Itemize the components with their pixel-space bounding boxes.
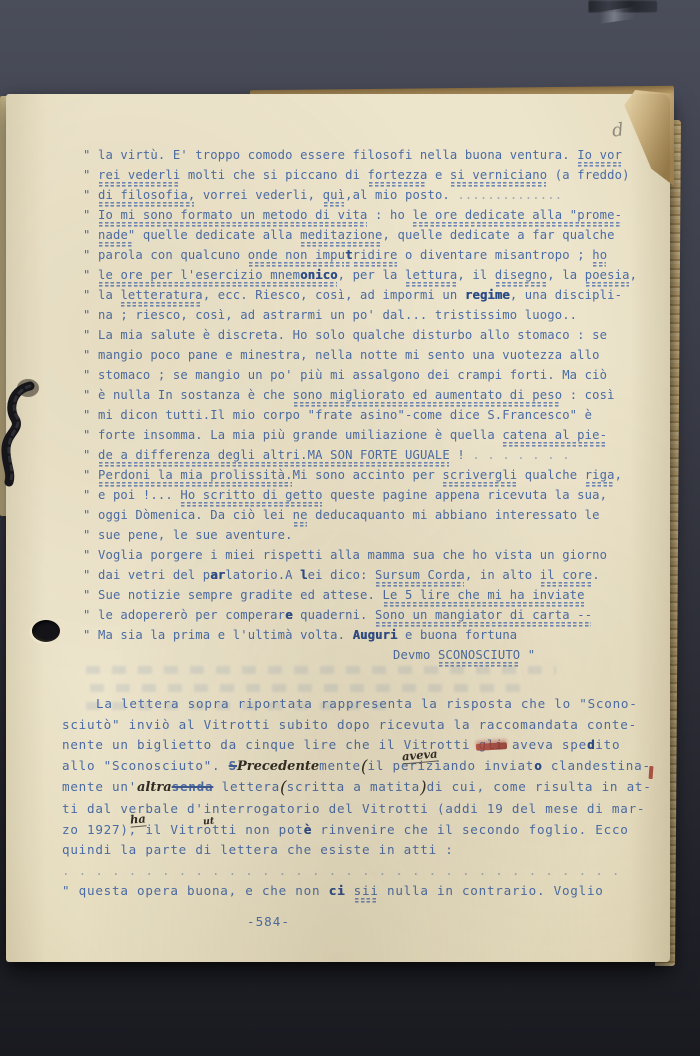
text-segment: " (83, 468, 98, 482)
text-segment: ne (293, 508, 308, 522)
text-segment: e buona fortuna (398, 628, 518, 642)
text-line: " Io mi sono formato un metodo di vita :… (83, 205, 637, 225)
text-segment: , per la (338, 268, 405, 282)
page-number: -584- (247, 914, 290, 929)
text-line: " nade" quelle dedicate alla meditazione… (83, 225, 637, 245)
text-segment: Sursum Corda (375, 568, 465, 582)
text-segment: di filosofia, (98, 188, 195, 202)
text-line: ti dal verbale d'interrogatorio del Vitr… (62, 799, 652, 820)
text-line: " le adopererò per comperare quaderni. S… (83, 605, 637, 625)
text-segment: " (83, 448, 98, 462)
text-segment: di cui, come risulta in at- (427, 779, 652, 794)
text-segment: , una discipli- (510, 288, 622, 302)
text-segment: vorrei vederli, (195, 188, 322, 202)
text-segment: " Voglia porgere i miei rispetti alla ma… (83, 548, 607, 562)
text-segment: Devmo (393, 648, 438, 662)
text-line: " Ma sia la prima e l'ultimà volta. Augu… (83, 625, 637, 645)
text-line: " e poi !... Ho scritto di getto queste … (83, 485, 637, 505)
text-line: " la virtù. E' troppo comodo essere filo… (83, 145, 637, 165)
text-segment: " mi dicon tutti.Il mio corpo "frate asi… (83, 408, 592, 422)
text-segment: " (83, 188, 98, 202)
text-segment: deducaquanto mi abbiano interessato le (308, 508, 600, 522)
text-segment: " mangio poco pane e minestra, nella not… (83, 348, 600, 362)
text-segment: onico (300, 268, 337, 282)
text-line: " de a differenza degli altri.MA SON FOR… (83, 445, 637, 465)
text-segment: sono migliorato ed aumentato di peso (293, 388, 563, 402)
text-segment: riga (585, 468, 615, 482)
text-segment: " le adopererò per comperar (83, 608, 285, 622)
text-segment: le ore dedicate alla "prome- (412, 208, 622, 222)
text-segment: altra (137, 780, 172, 795)
text-line: " dai vetri del parlatorio.A lei dico: S… (83, 565, 637, 585)
text-line: zo 1927), il Vitrotti non potè rinvenire… (62, 820, 652, 841)
bleedthrough-text (86, 666, 556, 674)
text-segment: de a differenza degli altri.MA SON FORTE… (98, 448, 450, 462)
text-segment: Perdoni la mia prolissità. (98, 468, 293, 482)
text-segment: " forte insomma. La mia più grande umili… (83, 428, 502, 442)
text-segment: gli (479, 737, 504, 752)
text-segment: Le 5 lire che mi ha inviate (383, 588, 585, 602)
text-segment: La lettera sopra riportata rappresenta l… (96, 696, 638, 711)
photo-background: " la virtù. E' troppo comodo essere filo… (0, 0, 700, 1056)
text-line: Devmo SCONOSCIUTO " (83, 645, 637, 665)
text-segment: il core (540, 568, 592, 582)
text-segment: , il (457, 268, 494, 282)
text-segment: nulla in contrario. Voglio (379, 883, 604, 898)
text-segment: le ore per l'esercizio mnem (98, 268, 300, 282)
text-segment: regime (465, 288, 510, 302)
text-segment: senda (172, 779, 214, 794)
text-line: allo "Sconosciuto". SPrecedentemente(il … (62, 756, 652, 778)
text-segment: " questa opera buona, e che non (62, 883, 329, 898)
text-segment: mente (319, 758, 361, 773)
text-segment: " na ; riesco, così, ad astrarmi un po' … (83, 308, 577, 322)
text-segment: clandestina- (542, 758, 650, 773)
text-segment: l (300, 568, 308, 582)
text-segment: e (427, 168, 449, 182)
text-segment: Auguri (353, 628, 398, 642)
text-line: " La mia salute è discreta. Ho solo qual… (83, 325, 637, 345)
text-segment: " Ma sia la prima e l'ultimà volta. (83, 628, 353, 642)
text-segment: " (520, 648, 535, 662)
text-segment: onde non impu (248, 248, 345, 262)
bleedthrough-text (90, 684, 520, 692)
text-segment: ( (280, 778, 287, 798)
text-segment: o diventare misantropo ; (398, 248, 593, 262)
text-segment: quì (323, 188, 345, 202)
text-segment: ito (595, 737, 620, 752)
text-segment: " parola con qualcuno (83, 248, 248, 262)
text-line: quindi la parte di lettera che esiste in… (62, 840, 652, 861)
text-segment: . . . . . . . (472, 448, 569, 462)
text-segment: il periziando inviat (367, 758, 534, 773)
handwritten-annotation: ut (203, 816, 215, 828)
text-segment: allo "Sconosciuto". (62, 758, 229, 773)
text-segment: : ho (368, 208, 413, 222)
text-line: " Perdoni la mia prolissità.Mi sono acci… (83, 465, 637, 485)
text-segment: latorio.A (225, 568, 300, 582)
text-line: mente un'altrasenda lettera(scritta a ma… (62, 777, 652, 799)
text-segment: " (83, 268, 98, 282)
text-segment: , quelle dedicate a far qualche (383, 228, 615, 242)
text-segment: letteratura (120, 288, 202, 302)
text-segment: " (83, 228, 98, 242)
text-segment: si verniciano (450, 168, 547, 182)
pencil-mark: d (611, 119, 625, 141)
text-segment: Io vor (577, 148, 622, 162)
text-segment: ei dico: (308, 568, 375, 582)
text-segment: molti che si piccano di (180, 168, 367, 182)
text-line: " Voglia porgere i miei rispetti alla ma… (83, 545, 637, 565)
text-line: " rei vederli molti che si piccano di fo… (83, 165, 637, 185)
text-segment: scrivergli (442, 468, 517, 482)
text-line: " sue pene, le sue aventure. (83, 525, 637, 545)
punch-hole (32, 620, 60, 642)
text-segment: , (615, 468, 623, 482)
text-segment: " (83, 208, 98, 222)
text-segment: lettera (213, 779, 280, 794)
text-segment: Io mi sono formato un metodo di vita (98, 208, 368, 222)
text-line: " le ore per l'esercizio mnemonico, per … (83, 265, 637, 285)
text-segment: ho (592, 248, 607, 262)
text-segment: (a freddo) (547, 168, 629, 182)
text-line: " è nulla In sostanza è che sono miglior… (83, 385, 637, 405)
text-segment: ) (420, 778, 427, 798)
text-line: " la letteratura, ecc. Riesco, così, ad … (83, 285, 637, 305)
red-margin-mark (649, 766, 654, 779)
text-line: " mangio poco pane e minestra, nella not… (83, 345, 637, 365)
text-segment: t (345, 248, 353, 262)
text-segment: quaderni. (293, 608, 375, 622)
text-segment: nade" (98, 228, 135, 242)
text-segment: ar (210, 568, 225, 582)
text-segment: aveva spe (504, 737, 587, 752)
handwritten-annotation: ha (129, 811, 146, 827)
text-segment: sii (354, 883, 379, 898)
text-segment: è (304, 822, 312, 837)
text-segment: .............. (457, 188, 562, 202)
handwritten-annotation: aveva (401, 746, 438, 764)
text-segment: " oggi Dòmenica. Da ciò lei (83, 508, 293, 522)
commentary-paragraph-block: La lettera sopra riportata rappresenta l… (62, 694, 652, 902)
text-segment: quelle dedicate alla (135, 228, 300, 242)
text-segment: meditazione (300, 228, 382, 242)
text-line: " na ; riesco, così, ad astrarmi un po' … (83, 305, 637, 325)
text-line: sciutò" inviò al Vitrotti subito dopo ri… (62, 715, 652, 736)
text-segment: " stomaco ; se mangio un po' più mi assa… (83, 368, 607, 382)
text-segment: S (229, 758, 237, 773)
text-segment: " è nulla In sostanza è che (83, 388, 293, 402)
text-segment: scritta a matita (287, 779, 420, 794)
text-line: " stomaco ; se mangio un po' più mi assa… (83, 365, 637, 385)
text-line: . . . . . . . . . . . . . . . . . . . . … (62, 861, 652, 882)
text-segment: qualche (517, 468, 584, 482)
text-segment: catena al pie- (502, 428, 607, 442)
text-segment: ti dal verbale d'interrogatorio del Vitr… (62, 801, 645, 816)
text-segment: Precedente (237, 759, 319, 774)
text-segment: ,al mio posto. (345, 188, 457, 202)
text-segment: : così (562, 388, 614, 402)
text-segment: " la virtù. E' troppo comodo essere filo… (83, 148, 577, 162)
text-line: " oggi Dòmenica. Da ciò lei ne deducaqua… (83, 505, 637, 525)
text-line: " Sue notizie sempre gradite ed attese. … (83, 585, 637, 605)
text-segment: poesia (585, 268, 630, 282)
text-segment: lettura (405, 268, 457, 282)
text-segment (345, 883, 353, 898)
text-segment: , (630, 268, 638, 282)
document-page: " la virtù. E' troppo comodo essere filo… (6, 94, 670, 962)
text-segment: " (83, 168, 98, 182)
text-line: " forte insomma. La mia più grande umili… (83, 425, 637, 445)
text-segment: . . . . . . . . . . . . . . . . . . . . … (62, 863, 620, 878)
text-line: nente un biglietto da cinque lire che il… (62, 735, 652, 756)
text-segment: , in alto (465, 568, 540, 582)
text-segment: rinvenire che il secondo foglio. Ecco (312, 822, 629, 837)
text-segment: " e poi !... (83, 488, 180, 502)
text-segment: SCONOSCIUTO (438, 648, 520, 662)
text-segment: zo 1927), il Vitrotti non pot (62, 822, 304, 837)
text-segment: sciutò" inviò al Vitrotti subito dopo ri… (62, 717, 637, 732)
text-segment: ridire (353, 248, 398, 262)
text-line: " parola con qualcuno onde non imputridi… (83, 245, 637, 265)
text-segment: Ho scritto di getto (180, 488, 322, 502)
text-segment: e (285, 608, 293, 622)
typed-letter-block: " la virtù. E' troppo comodo essere filo… (83, 145, 637, 665)
text-segment: rei vederli (98, 168, 180, 182)
text-line: " di filosofia, vorrei vederli, quì,al m… (83, 185, 637, 205)
text-segment: " La mia salute è discreta. Ho solo qual… (83, 328, 607, 342)
text-segment: mente un' (62, 779, 137, 794)
text-segment: Sono un mangiator di carta -- (375, 608, 592, 622)
text-segment: fortezza (368, 168, 428, 182)
text-segment: " Sue notizie sempre gradite ed attese. (83, 588, 383, 602)
text-line: La lettera sopra riportata rappresenta l… (62, 694, 652, 715)
text-segment: ! (450, 448, 472, 462)
text-segment: ci (329, 883, 346, 898)
text-segment: disegno (495, 268, 547, 282)
text-segment: quindi la parte di lettera che esiste in… (62, 842, 454, 857)
text-segment: " dai vetri del p (83, 568, 210, 582)
text-segment: Mi sono accinto per (293, 468, 443, 482)
text-segment: " la (83, 288, 120, 302)
text-segment: , la (547, 268, 584, 282)
text-segment: " sue pene, le sue aventure. (83, 528, 293, 542)
text-line: " mi dicon tutti.Il mio corpo "frate asi… (83, 405, 637, 425)
binding-cord (0, 372, 46, 492)
text-segment: , ecc. Riesco, così, ad impormi un (203, 288, 465, 302)
text-segment: queste pagine appena ricevuta la sua, (323, 488, 608, 502)
text-line: " questa opera buona, e che non ci sii n… (62, 881, 652, 902)
text-segment: . (592, 568, 600, 582)
